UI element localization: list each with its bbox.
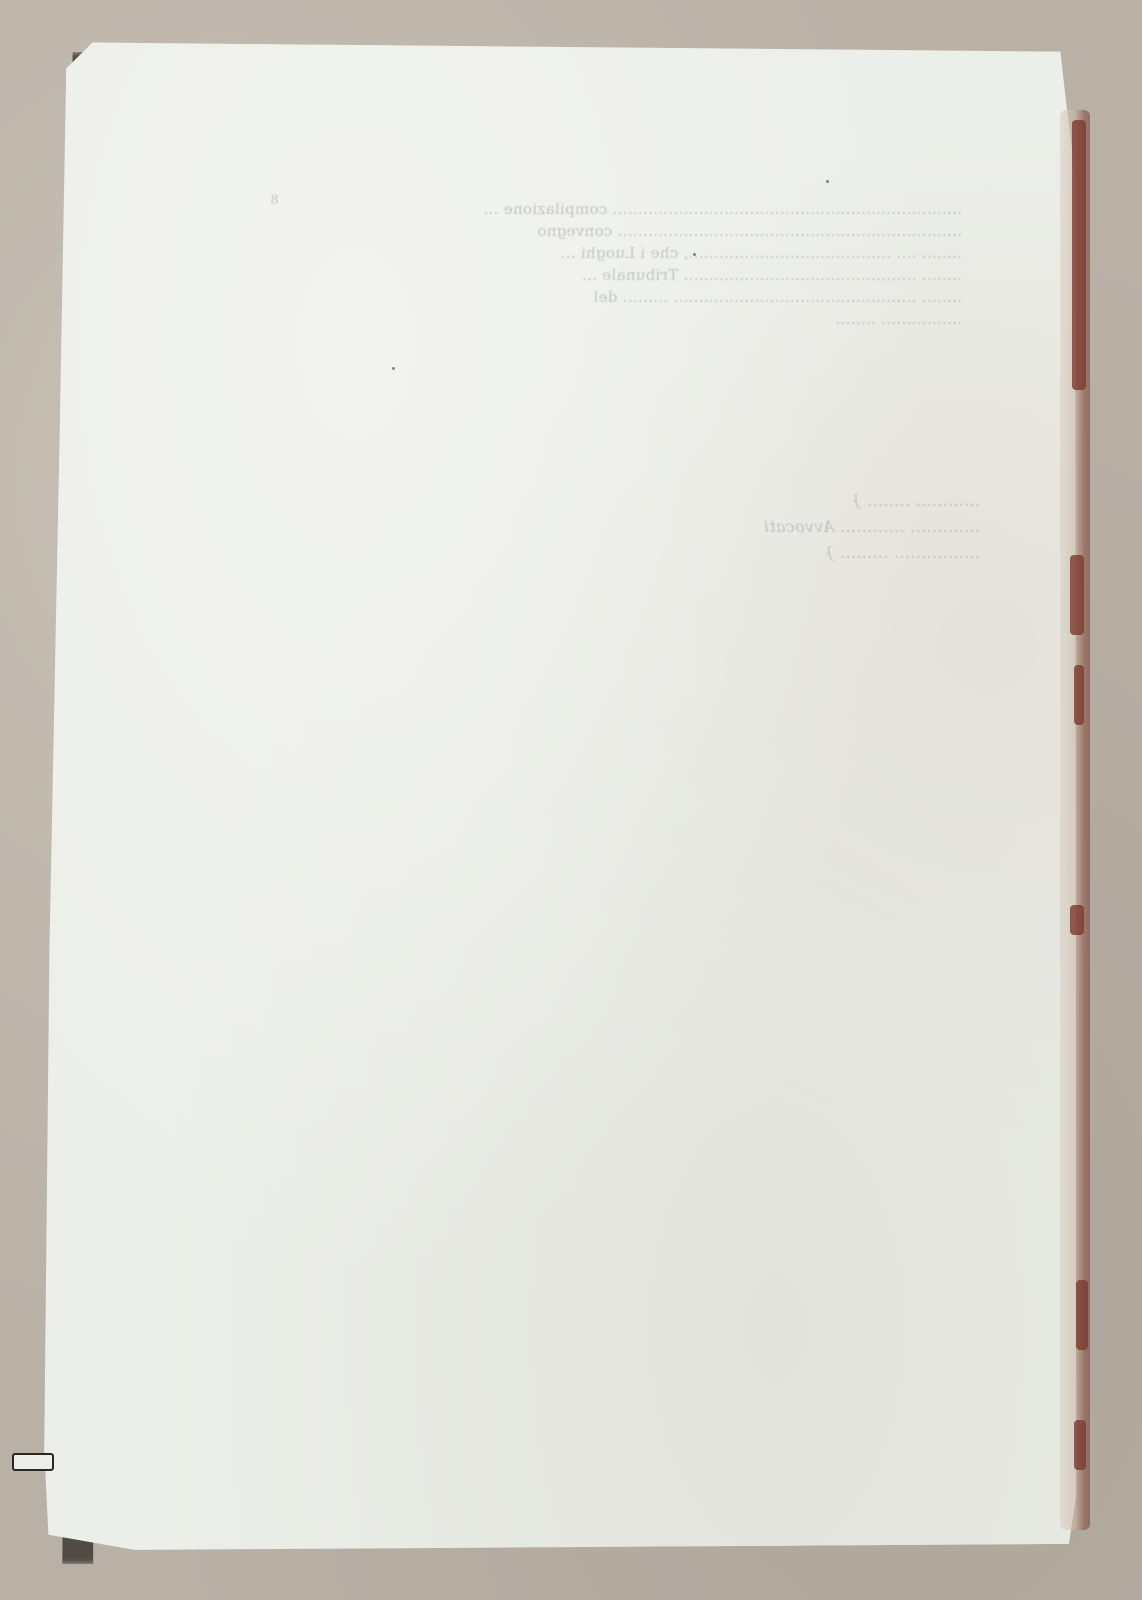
binding-remnant	[1074, 1420, 1086, 1470]
text-line: ........................................…	[262, 198, 962, 220]
text-line: ........ ...............................…	[262, 286, 962, 308]
binding-remnant	[1076, 1280, 1088, 1350]
signature-block: ............ ........ } ............. ..…	[560, 488, 980, 566]
text-line: ................ ........	[262, 308, 962, 330]
paper-speck	[826, 180, 829, 183]
text-line: ........ ...............................…	[262, 264, 962, 286]
bleed-through-paragraph: ........................................…	[262, 198, 962, 330]
binding-remnant	[1074, 665, 1084, 725]
paper-tab	[12, 1453, 54, 1471]
signature-line: ................ ......... }	[560, 540, 980, 566]
paper-speck	[693, 253, 696, 256]
signature-line: ............. ............ Avvocati	[560, 514, 980, 540]
binding-remnant	[1072, 120, 1086, 390]
signature-line: ............ ........ }	[560, 488, 980, 514]
text-line: ........................................…	[262, 220, 962, 242]
paper-speck	[392, 367, 395, 370]
binding-remnant	[1070, 905, 1084, 935]
binding-remnant	[1070, 555, 1084, 635]
text-line: ........ .... ..........................…	[262, 242, 962, 264]
